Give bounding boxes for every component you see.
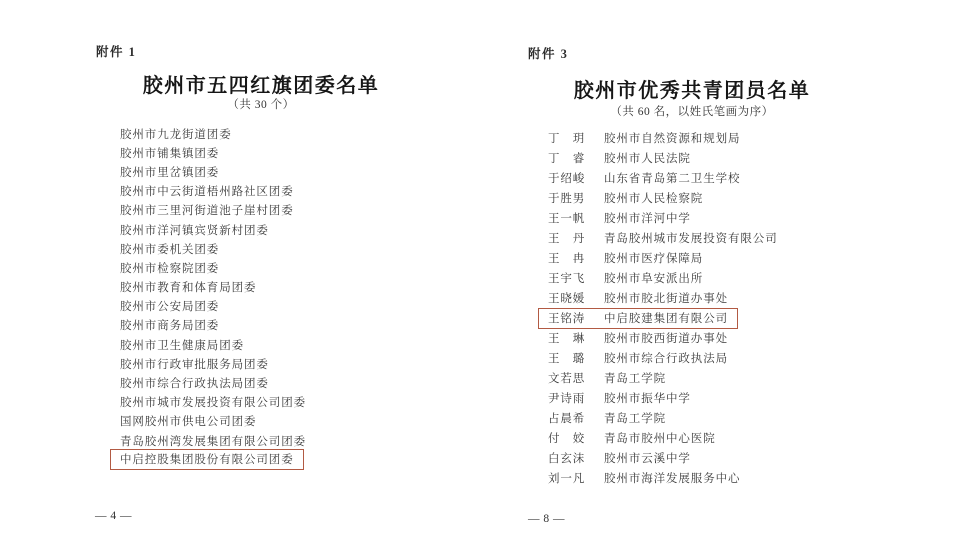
member-org: 胶州市洋河中学 [604, 210, 691, 226]
attachment-label: 附件 3 [528, 44, 568, 62]
list-item-text: 胶州市检察院团委 [120, 260, 219, 276]
list-item: 胶州市教育和体育局团委 [120, 278, 306, 297]
member-org: 胶州市海洋发展服务中心 [604, 470, 740, 486]
attachment-label: 附件 1 [96, 42, 136, 60]
member-org: 山东省青岛第二卫生学校 [604, 170, 740, 186]
red-highlight-box: 中启控股集团股份有限公司团委 [110, 449, 304, 470]
member-name: 于绍峻 [548, 170, 588, 186]
member-list: 丁 玥胶州市自然资源和规划局 丁 睿胶州市人民法院 于绍峻山东省青岛第二卫生学校… [548, 128, 778, 488]
list-item: 丁 玥胶州市自然资源和规划局 [548, 128, 778, 148]
document-subtitle: （共 60 名，以姓氏笔画为序） [527, 103, 857, 119]
list-item-text: 胶州市铺集镇团委 [120, 145, 219, 161]
page-number: — 4 — [95, 510, 132, 522]
list-item-highlighted: 中启控股集团股份有限公司团委 [120, 450, 306, 469]
list-item: 胶州市九龙街道团委 [120, 124, 306, 143]
member-name: 王 琳 [548, 330, 588, 346]
list-item-text: 胶州市行政审批服务局团委 [120, 356, 269, 372]
list-item: 胶州市检察院团委 [120, 258, 306, 277]
member-name: 王一帆 [548, 210, 588, 226]
member-name: 白玄沫 [548, 450, 588, 466]
list-item-text: 胶州市里岔镇团委 [120, 164, 219, 180]
list-item: 胶州市商务局团委 [120, 316, 306, 335]
member-name: 王 丹 [548, 230, 588, 246]
document-canvas: 附件 1 胶州市五四红旗团委名单 （共 30 个） 胶州市九龙街道团委 胶州市铺… [0, 0, 966, 541]
list-item: 国网胶州市供电公司团委 [120, 412, 306, 431]
member-name: 丁 玥 [548, 130, 588, 146]
member-name: 文若思 [548, 370, 588, 386]
red-highlight-box: 王铭涛中启胶建集团有限公司 [538, 308, 738, 329]
list-item: 胶州市综合行政执法局团委 [120, 373, 306, 392]
right-document-page: 附件 3 胶州市优秀共青团员名单 （共 60 名，以姓氏笔画为序） 丁 玥胶州市… [527, 42, 857, 541]
list-item: 王 冉胶州市医疗保障局 [548, 248, 778, 268]
member-name: 占晨希 [548, 410, 588, 426]
list-item-text: 胶州市洋河镇宾贤新村团委 [120, 222, 269, 238]
list-item: 胶州市卫生健康局团委 [120, 335, 306, 354]
committee-list: 胶州市九龙街道团委 胶州市铺集镇团委 胶州市里岔镇团委 胶州市中云街道梧州路社区… [120, 124, 306, 469]
document-subtitle: （共 30 个） [95, 96, 427, 112]
member-org: 胶州市胶西街道办事处 [604, 330, 728, 346]
list-item: 胶州市三里河街道池子崖村团委 [120, 201, 306, 220]
member-name: 王 璐 [548, 350, 588, 366]
list-item: 胶州市城市发展投资有限公司团委 [120, 393, 306, 412]
list-item: 胶州市洋河镇宾贤新村团委 [120, 220, 306, 239]
list-item: 胶州市委机关团委 [120, 239, 306, 258]
page-number: — 8 — [528, 513, 565, 525]
list-item: 王宇飞胶州市阜安派出所 [548, 268, 778, 288]
member-org: 胶州市阜安派出所 [604, 270, 703, 286]
member-name: 刘一凡 [548, 470, 588, 486]
document-title: 胶州市五四红旗团委名单 [95, 69, 427, 98]
list-item: 王 琳胶州市胶西街道办事处 [548, 328, 778, 348]
list-item-text: 国网胶州市供电公司团委 [120, 413, 256, 429]
member-org: 青岛市胶州中心医院 [604, 430, 716, 446]
member-org: 中启胶建集团有限公司 [604, 310, 728, 326]
list-item-text: 胶州市卫生健康局团委 [120, 337, 244, 353]
list-item: 尹诗雨胶州市振华中学 [548, 388, 778, 408]
member-org: 胶州市人民检察院 [604, 190, 703, 206]
member-name: 于胜男 [548, 190, 588, 206]
list-item-text: 胶州市教育和体育局团委 [120, 279, 256, 295]
list-item-text: 胶州市中云街道梧州路社区团委 [120, 183, 294, 199]
list-item-text: 中启控股集团股份有限公司团委 [120, 451, 294, 467]
list-item-text: 胶州市九龙街道团委 [120, 126, 232, 142]
document-title: 胶州市优秀共青团员名单 [527, 74, 857, 103]
list-item: 刘一凡胶州市海洋发展服务中心 [548, 468, 778, 488]
member-org: 胶州市自然资源和规划局 [604, 130, 740, 146]
list-item: 胶州市公安局团委 [120, 297, 306, 316]
list-item: 王晓媛胶州市胶北街道办事处 [548, 288, 778, 308]
list-item: 于胜男胶州市人民检察院 [548, 188, 778, 208]
member-org: 胶州市综合行政执法局 [604, 350, 728, 366]
list-item-text: 胶州市三里河街道池子崖村团委 [120, 202, 294, 218]
member-name: 王宇飞 [548, 270, 588, 286]
list-item: 胶州市里岔镇团委 [120, 162, 306, 181]
member-org: 胶州市胶北街道办事处 [604, 290, 728, 306]
member-org: 青岛工学院 [604, 370, 666, 386]
list-item-text: 胶州市综合行政执法局团委 [120, 375, 269, 391]
left-document-page: 附件 1 胶州市五四红旗团委名单 （共 30 个） 胶州市九龙街道团委 胶州市铺… [95, 40, 427, 540]
member-org: 青岛工学院 [604, 410, 666, 426]
list-item-text: 胶州市委机关团委 [120, 241, 219, 257]
list-item-text: 胶州市公安局团委 [120, 298, 219, 314]
list-item: 付 姣青岛市胶州中心医院 [548, 428, 778, 448]
member-org: 胶州市振华中学 [604, 390, 691, 406]
list-item-text: 胶州市商务局团委 [120, 317, 219, 333]
member-org: 胶州市医疗保障局 [604, 250, 703, 266]
list-item: 王 璐胶州市综合行政执法局 [548, 348, 778, 368]
member-name: 尹诗雨 [548, 390, 588, 406]
member-org: 青岛胶州城市发展投资有限公司 [604, 230, 778, 246]
list-item: 文若思青岛工学院 [548, 368, 778, 388]
list-item: 王一帆胶州市洋河中学 [548, 208, 778, 228]
list-item: 占晨希青岛工学院 [548, 408, 778, 428]
list-item: 胶州市铺集镇团委 [120, 143, 306, 162]
list-item: 胶州市行政审批服务局团委 [120, 354, 306, 373]
list-item: 白玄沫胶州市云溪中学 [548, 448, 778, 468]
member-name: 王 冉 [548, 250, 588, 266]
member-name: 付 姣 [548, 430, 588, 446]
list-item-text: 胶州市城市发展投资有限公司团委 [120, 394, 306, 410]
member-name: 王晓媛 [548, 290, 588, 306]
list-item: 丁 睿胶州市人民法院 [548, 148, 778, 168]
member-org: 胶州市人民法院 [604, 150, 691, 166]
list-item: 胶州市中云街道梧州路社区团委 [120, 182, 306, 201]
list-item-highlighted: 王铭涛中启胶建集团有限公司 [548, 308, 778, 328]
list-item-text: 青岛胶州湾发展集团有限公司团委 [120, 433, 306, 449]
list-item: 王 丹青岛胶州城市发展投资有限公司 [548, 228, 778, 248]
list-item: 青岛胶州湾发展集团有限公司团委 [120, 431, 306, 450]
member-name: 王铭涛 [548, 310, 588, 326]
member-name: 丁 睿 [548, 150, 588, 166]
member-org: 胶州市云溪中学 [604, 450, 691, 466]
list-item: 于绍峻山东省青岛第二卫生学校 [548, 168, 778, 188]
